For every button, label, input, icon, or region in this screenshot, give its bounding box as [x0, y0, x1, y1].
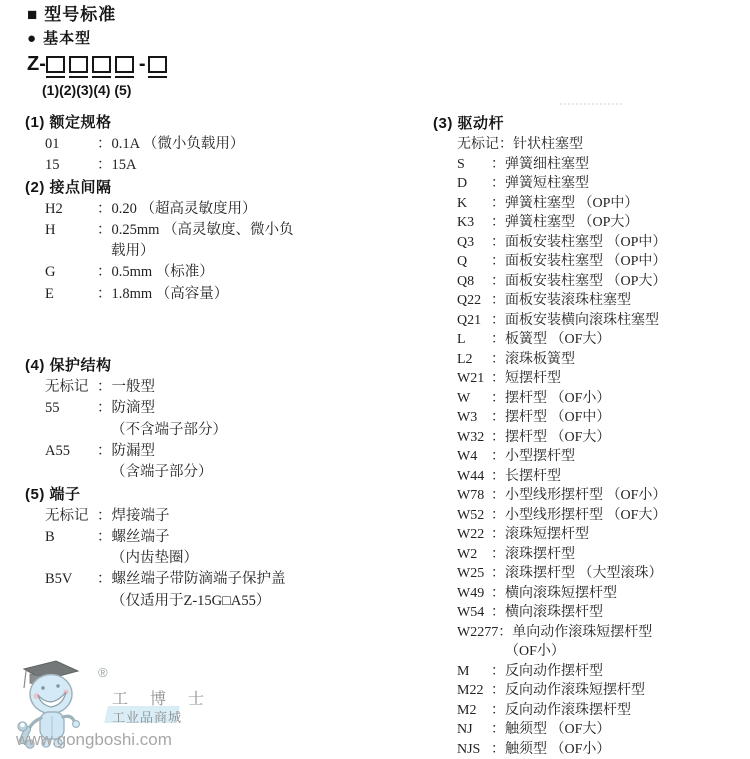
spec-code: Q8 — [457, 272, 491, 292]
spec-desc: 短摆杆型 — [505, 369, 561, 389]
spec-desc: 1.8mm （高容量） — [112, 284, 229, 305]
spec-code: W4 — [457, 447, 491, 467]
spec-list: 01：0.1A （微小负载用） 15：15A — [25, 134, 433, 177]
spec-colon — [97, 462, 111, 483]
page-title: ■型号标准 — [27, 4, 171, 26]
spec-row: （OF小） — [457, 642, 749, 662]
spec-desc: 小型线形摆杆型 （OF大） — [505, 506, 666, 526]
gongboshi-watermark: ® 工 博 士 工业品商城 www.gongboshi.com — [8, 648, 238, 756]
spec-row: NJ：触须型 （OF大） — [457, 720, 749, 740]
spec-list: 无标记：针状柱塞型 S：弹簧细柱塞型 D：弹簧短柱塞型 K：弹簧柱塞型 （OP中… — [433, 135, 749, 759]
spec-desc: 摆杆型 （OF大） — [505, 428, 610, 448]
spec-desc: 载用） — [111, 241, 155, 262]
spec-desc: 滚珠板簧型 — [505, 350, 575, 370]
square-bullet-icon: ■ — [27, 5, 38, 24]
spec-code: 无标记 — [457, 135, 499, 155]
spec-list: 无标记：一般型 55：防滴型 （不含端子部分） A55：防漏型 （含端子部分） — [25, 377, 433, 483]
brand-url: www.gongboshi.com — [16, 730, 172, 750]
spec-code: W52 — [457, 506, 491, 526]
spec-colon: ： — [491, 603, 505, 623]
spec-colon: ： — [498, 623, 512, 643]
spec-code: 15 — [45, 155, 97, 176]
spec-row: W32：摆杆型 （OF大） — [457, 428, 749, 448]
spec-desc: 横向滚珠短摆杆型 — [505, 584, 617, 604]
spec-code: W78 — [457, 486, 491, 506]
spec-colon — [97, 420, 111, 441]
spec-code: W25 — [457, 564, 491, 584]
spec-desc: 反向动作摆杆型 — [505, 662, 603, 682]
spec-row: Q21：面板安装横向滚珠柱塞型 — [457, 311, 749, 331]
spec-desc: 一般型 — [112, 377, 156, 398]
spec-row: A55：防漏型 — [45, 441, 433, 462]
section-protection: (4) 保护结构 无标记：一般型 55：防滴型 （不含端子部分） A55：防漏型 — [25, 356, 433, 483]
spec-code: W32 — [457, 428, 491, 448]
spec-code: M22 — [457, 681, 491, 701]
spec-row: M：反向动作摆杆型 — [457, 662, 749, 682]
spec-colon — [97, 241, 111, 262]
spec-code: S — [457, 155, 491, 175]
spec-desc: 针状柱塞型 — [513, 135, 583, 155]
spec-code: Q22 — [457, 291, 491, 311]
spec-colon: ： — [491, 174, 505, 194]
spec-colon: ： — [491, 584, 505, 604]
spec-row: G：0.5mm （标准） — [45, 262, 433, 283]
spec-row: S：弹簧细柱塞型 — [457, 155, 749, 175]
spec-row: W22：滚珠短摆杆型 — [457, 525, 749, 545]
spec-colon: ： — [491, 252, 505, 272]
spec-code — [457, 642, 491, 662]
spec-colon: ： — [491, 486, 505, 506]
spec-row: 无标记：焊接端子 — [45, 506, 433, 527]
spec-row: W54：横向滚珠摆杆型 — [457, 603, 749, 623]
spec-colon: ： — [491, 740, 505, 759]
spec-row: 载用） — [45, 241, 433, 262]
model-digit-box — [46, 56, 65, 78]
spec-colon — [97, 548, 111, 569]
spec-colon: ： — [499, 135, 513, 155]
spec-colon: ： — [491, 428, 505, 448]
spec-colon: ： — [491, 447, 505, 467]
page-header: ■型号标准 ●基本型 Z- - (1)(2)(3)(4) (5) — [27, 4, 171, 98]
spec-code: W3 — [457, 408, 491, 428]
spec-desc: （OF小） — [505, 642, 565, 662]
spec-code: W2 — [457, 545, 491, 565]
spec-desc: （含端子部分） — [111, 462, 213, 483]
spec-desc: 滚珠短摆杆型 — [505, 525, 589, 545]
spec-colon: ： — [491, 350, 505, 370]
spec-desc: 螺丝端子 — [112, 527, 170, 548]
spec-row: Q：面板安装柱塞型 （OP中） — [457, 252, 749, 272]
spec-colon — [491, 642, 505, 662]
spec-colon: ： — [491, 389, 505, 409]
spec-colon: ： — [97, 506, 112, 527]
spec-code: B — [45, 527, 97, 548]
spec-row: 15：15A — [45, 155, 433, 176]
spec-desc: 触须型 （OF小） — [505, 740, 610, 759]
spec-code — [45, 420, 97, 441]
spec-code: W49 — [457, 584, 491, 604]
spec-code: W44 — [457, 467, 491, 487]
section-contact-gap: (2) 接点间隔 H2：0.20 （超高灵敏度用） H：0.25mm （高灵敏度… — [25, 178, 433, 305]
spec-colon: ： — [97, 134, 112, 155]
spec-row: B：螺丝端子 — [45, 527, 433, 548]
spec-row: K3：弹簧柱塞型 （OP大） — [457, 213, 749, 233]
spec-row: M22：反向动作滚珠短摆杆型 — [457, 681, 749, 701]
spec-row: M2：反向动作滚珠摆杆型 — [457, 701, 749, 721]
section-heading: (3) 驱动杆 — [433, 114, 749, 134]
spec-code — [45, 462, 97, 483]
spec-code: M2 — [457, 701, 491, 721]
section-heading: (1) 额定规格 — [25, 113, 433, 133]
spec-colon: ： — [491, 506, 505, 526]
spec-row: （内齿垫圈） — [45, 548, 433, 569]
spec-row: Q8：面板安装柱塞型 （OP大） — [457, 272, 749, 292]
section-actuator: (3) 驱动杆 无标记：针状柱塞型 S：弹簧细柱塞型 D：弹簧短柱塞型 K：弹簧… — [433, 114, 749, 759]
section-heading: (4) 保护结构 — [25, 356, 433, 376]
spec-row: 01：0.1A （微小负载用） — [45, 134, 433, 155]
spec-colon: ： — [491, 213, 505, 233]
spec-code: W22 — [457, 525, 491, 545]
spec-code: L — [457, 330, 491, 350]
spec-row: W2277：单向动作滚珠短摆杆型 — [457, 623, 749, 643]
spec-desc: 弹簧柱塞型 （OP中） — [505, 194, 638, 214]
spec-colon: ： — [491, 311, 505, 331]
spec-row: D：弹簧短柱塞型 — [457, 174, 749, 194]
spec-code: G — [45, 262, 97, 283]
spec-colon: ： — [97, 569, 112, 590]
spec-row: Q22：面板安装滚珠柱塞型 — [457, 291, 749, 311]
spec-desc: 0.20 （超高灵敏度用） — [112, 199, 257, 220]
spec-row: L：板簧型 （OF大） — [457, 330, 749, 350]
spec-code: NJ — [457, 720, 491, 740]
model-digit-box — [69, 56, 88, 78]
spec-code: K3 — [457, 213, 491, 233]
subsection-title: ●基本型 — [27, 29, 171, 49]
spec-desc: 弹簧柱塞型 （OP大） — [505, 213, 638, 233]
spec-code — [45, 241, 97, 262]
spec-colon: ： — [491, 194, 505, 214]
spec-code: K — [457, 194, 491, 214]
spec-desc: 长摆杆型 — [505, 467, 561, 487]
spec-code: Q21 — [457, 311, 491, 331]
spec-colon: ： — [491, 564, 505, 584]
spec-code: M — [457, 662, 491, 682]
spec-row: （仅适用于Z-15G□A55） — [45, 591, 433, 612]
spec-code: 55 — [45, 398, 97, 419]
spec-desc: 面板安装柱塞型 （OP大） — [505, 272, 666, 292]
brand-tagline: 工业品商城 — [112, 707, 182, 726]
section-rated-spec: (1) 额定规格 01：0.1A （微小负载用） 15：15A — [25, 113, 433, 177]
spec-desc: 焊接端子 — [112, 506, 170, 527]
model-digit-box — [148, 56, 167, 78]
spec-code: W54 — [457, 603, 491, 623]
spec-desc: 横向滚珠摆杆型 — [505, 603, 603, 623]
spec-code: A55 — [45, 441, 97, 462]
spec-row: 无标记：一般型 — [45, 377, 433, 398]
spec-code: D — [457, 174, 491, 194]
spec-row: W78：小型线形摆杆型 （OF小） — [457, 486, 749, 506]
registered-mark: ® — [98, 665, 108, 680]
spec-code: B5V — [45, 569, 97, 590]
spec-desc: 面板安装柱塞型 （OP中） — [505, 252, 666, 272]
spec-code: 01 — [45, 134, 97, 155]
spec-code: 无标记 — [45, 506, 97, 527]
spec-colon: ： — [97, 441, 112, 462]
spec-desc: 0.5mm （标准） — [112, 262, 214, 283]
spec-colon: ： — [491, 369, 505, 389]
spec-code: W2277 — [457, 623, 498, 643]
spec-desc: （仅适用于Z-15G□A55） — [111, 591, 270, 612]
page-title-text: 型号标准 — [44, 5, 116, 24]
model-digit-box — [92, 56, 111, 78]
spec-desc: 单向动作滚珠短摆杆型 — [512, 623, 652, 643]
spec-code: NJS — [457, 740, 491, 759]
spec-row: H：0.25mm （高灵敏度、微小负 — [45, 220, 433, 241]
spec-desc: （内齿垫圈） — [111, 548, 198, 569]
round-bullet-icon: ● — [27, 30, 37, 47]
spec-row: （不含端子部分） — [45, 420, 433, 441]
spec-code — [45, 548, 97, 569]
spec-colon: ： — [97, 262, 112, 283]
spec-colon: ： — [97, 199, 112, 220]
spec-row: K：弹簧柱塞型 （OP中） — [457, 194, 749, 214]
spec-colon: ： — [491, 233, 505, 253]
spec-colon: ： — [491, 408, 505, 428]
spec-code: H2 — [45, 199, 97, 220]
spec-row: 55：防滴型 — [45, 398, 433, 419]
section-heading: (5) 端子 — [25, 485, 433, 505]
spec-row: L2：滚珠板簧型 — [457, 350, 749, 370]
model-prefix: Z- — [27, 55, 46, 73]
spec-desc: 0.25mm （高灵敏度、微小负 — [112, 220, 294, 241]
right-column: (3) 驱动杆 无标记：针状柱塞型 S：弹簧细柱塞型 D：弹簧短柱塞型 K：弹簧… — [433, 114, 749, 759]
spec-colon: ： — [491, 701, 505, 721]
spec-code: L2 — [457, 350, 491, 370]
subsection-title-text: 基本型 — [43, 30, 91, 47]
spec-colon: ： — [491, 330, 505, 350]
model-separator: - — [139, 55, 146, 73]
spec-desc: 反向动作滚珠短摆杆型 — [505, 681, 645, 701]
spec-row: W2：滚珠摆杆型 — [457, 545, 749, 565]
spec-row: W44：长摆杆型 — [457, 467, 749, 487]
spec-colon: ： — [97, 284, 112, 305]
spec-desc: 15A — [112, 155, 137, 176]
spec-list: H2：0.20 （超高灵敏度用） H：0.25mm （高灵敏度、微小负 载用） … — [25, 199, 433, 305]
spec-row: B5V：螺丝端子带防滴端子保护盖 — [45, 569, 433, 590]
spec-colon: ： — [491, 525, 505, 545]
spec-colon: ： — [97, 155, 112, 176]
spec-colon: ： — [491, 291, 505, 311]
spec-colon: ： — [97, 527, 112, 548]
spec-row: W4：小型摆杆型 — [457, 447, 749, 467]
spec-colon: ： — [97, 377, 112, 398]
spec-colon: ： — [491, 467, 505, 487]
spec-row: W：摆杆型 （OF小） — [457, 389, 749, 409]
spec-colon: ： — [491, 272, 505, 292]
spec-row: H2：0.20 （超高灵敏度用） — [45, 199, 433, 220]
spec-colon: ： — [491, 720, 505, 740]
spec-row: 无标记：针状柱塞型 — [457, 135, 749, 155]
spec-desc: 反向动作滚珠摆杆型 — [505, 701, 631, 721]
spec-desc: 小型摆杆型 — [505, 447, 575, 467]
spec-desc: 触须型 （OF大） — [505, 720, 610, 740]
spec-desc: 面板安装柱塞型 （OP中） — [505, 233, 666, 253]
spec-row: W25：滚珠摆杆型 （大型滚珠） — [457, 564, 749, 584]
spec-desc: 摆杆型 （OF中） — [505, 408, 610, 428]
spec-row: E：1.8mm （高容量） — [45, 284, 433, 305]
spec-code: W21 — [457, 369, 491, 389]
spec-code: E — [45, 284, 97, 305]
spec-desc: 滚珠摆杆型 （大型滚珠） — [505, 564, 663, 584]
spec-desc: 螺丝端子带防滴端子保护盖 — [112, 569, 286, 590]
spec-desc: 弹簧短柱塞型 — [505, 174, 589, 194]
spec-row: W52：小型线形摆杆型 （OF大） — [457, 506, 749, 526]
spec-row: W3：摆杆型 （OF中） — [457, 408, 749, 428]
spec-colon: ： — [491, 662, 505, 682]
model-digit-box — [115, 56, 134, 78]
spec-row: Q3：面板安装柱塞型 （OP中） — [457, 233, 749, 253]
left-column: (1) 额定规格 01：0.1A （微小负载用） 15：15A (2) 接点间隔… — [25, 113, 433, 612]
spec-desc: 摆杆型 （OF小） — [505, 389, 610, 409]
spec-desc: 面板安装滚珠柱塞型 — [505, 291, 631, 311]
print-artifact — [560, 103, 622, 111]
spec-desc: 防滴型 — [112, 398, 156, 419]
spec-colon — [97, 591, 111, 612]
spec-code: Q3 — [457, 233, 491, 253]
spec-colon: ： — [491, 155, 505, 175]
section-terminal: (5) 端子 无标记：焊接端子 B：螺丝端子 （内齿垫圈） B5V：螺丝端子带防… — [25, 485, 433, 612]
spec-code: W — [457, 389, 491, 409]
section-heading: (2) 接点间隔 — [25, 178, 433, 198]
spec-colon: ： — [491, 545, 505, 565]
spec-desc: 小型线形摆杆型 （OF小） — [505, 486, 666, 506]
spec-code: 无标记 — [45, 377, 97, 398]
spec-desc: 0.1A （微小负载用） — [112, 134, 245, 155]
spec-desc: 面板安装横向滚珠柱塞型 — [505, 311, 659, 331]
spec-desc: （不含端子部分） — [111, 420, 227, 441]
spec-row: NJS：触须型 （OF小） — [457, 740, 749, 759]
spec-code: Q — [457, 252, 491, 272]
spec-colon: ： — [491, 681, 505, 701]
position-labels: (1)(2)(3)(4) (5) — [27, 82, 171, 98]
spec-colon: ： — [97, 220, 112, 241]
spec-desc: 防漏型 — [112, 441, 156, 462]
spec-code: H — [45, 220, 97, 241]
spec-desc: 板簧型 （OF大） — [505, 330, 610, 350]
spec-desc: 滚珠摆杆型 — [505, 545, 575, 565]
spec-row: （含端子部分） — [45, 462, 433, 483]
spec-row: W21：短摆杆型 — [457, 369, 749, 389]
spec-code — [45, 591, 97, 612]
spec-row: W49：横向滚珠短摆杆型 — [457, 584, 749, 604]
model-number-pattern: Z- - — [27, 55, 171, 79]
spec-colon: ： — [97, 398, 112, 419]
spec-list: 无标记：焊接端子 B：螺丝端子 （内齿垫圈） B5V：螺丝端子带防滴端子保护盖 … — [25, 506, 433, 612]
spec-desc: 弹簧细柱塞型 — [505, 155, 589, 175]
